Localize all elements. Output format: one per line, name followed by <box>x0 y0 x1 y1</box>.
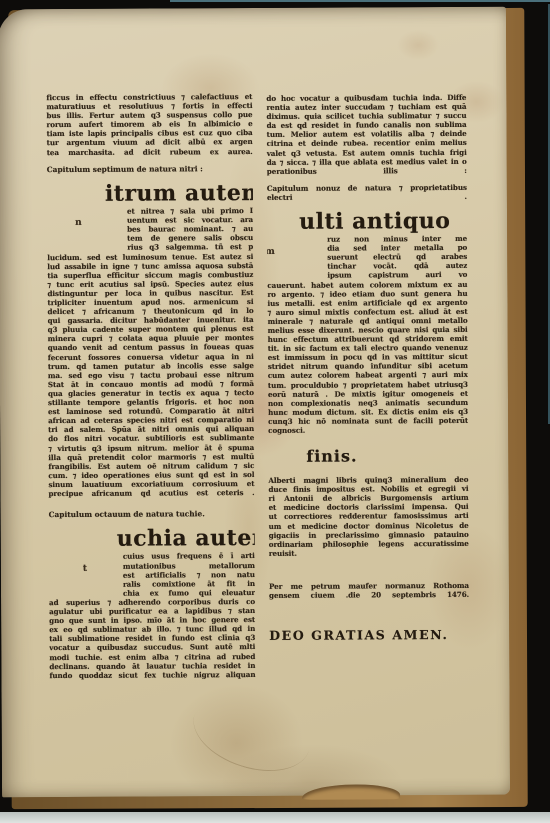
text-line: ralis comixtione āt fit in <box>123 579 255 589</box>
chapter9-heading: ulti antiquo <box>299 209 467 235</box>
text-line: vocatur a quibusdaz succudus. Sunt autē … <box>49 642 255 652</box>
text-line: est artificialis ⁊ non natu <box>123 570 255 580</box>
photo-frame: ficcus in effectu constrictiuus ⁊ calefa… <box>0 0 550 823</box>
text-line: fundo quoddaz sicut fex tuchie nigruz al… <box>49 670 255 680</box>
chapter8-heading: uchia autem <box>117 526 255 552</box>
chapter6-end-paragraph: ficcus in effectu constrictiuus ⁊ calefa… <box>46 92 252 157</box>
finis-mark: finis. <box>306 446 468 466</box>
text-line: cognosci. <box>268 425 468 435</box>
chapter7-opening: n et nitrea ⁊ sala ubi primo Iuentum est… <box>47 206 253 253</box>
text-line: rius q3 salgemma. tñ est p <box>127 242 253 252</box>
text-line: gensem ciuem .die 20 septembris 1476. <box>269 590 469 600</box>
text-line: precipue africanum qd acutius est ceteri… <box>48 488 254 498</box>
deo-gratias-line: DEO GRATIAS AMEN. <box>269 627 469 643</box>
text-line: citrina et deinde rubea. recentior enīm … <box>267 138 467 148</box>
text-line: cauerunt. habet autem colorem mixtum ex … <box>267 279 467 289</box>
text-line: cum autez colorem habeat argenti ⁊ auri … <box>268 370 468 380</box>
text-line: tea marchasita. ad dicit rubeum ex aurea… <box>47 147 253 157</box>
chapter9-opening: m ruz non minus inter media sed inter me… <box>267 234 467 281</box>
text-line: tur argentum viuum ad dicit albū ex arge… <box>47 137 253 147</box>
text-line: cuius usus frequens ē ī arti <box>123 551 255 561</box>
chapter7-body: lucidum. sed est luminosum tenue. Est au… <box>47 252 254 499</box>
printer-imprint: Per me petrum maufer normanuz Rothomagen… <box>269 581 469 600</box>
chapter8-opening: t cuius usus frequens ē ī artimutationib… <box>49 551 255 598</box>
rubricator-guide-letter: n <box>75 218 82 228</box>
text-line: electri . <box>267 192 467 202</box>
text-line: mutationibus metallorum <box>123 561 255 571</box>
rubricator-guide-letter: m <box>266 247 274 257</box>
table-surface-strip <box>0 812 550 823</box>
chapter9-body: cauerunt. habet autem colorem mixtum ex … <box>267 279 468 435</box>
text-line: ipsum capistrum auri vo <box>327 270 467 280</box>
chapter9-indented-lines: ruz non minus inter media sed inter meta… <box>327 234 467 280</box>
chapter7-indented-lines: et nitrea ⁊ sala ubi primo Iuentum est s… <box>127 206 253 252</box>
text-line: do flos nitri vocatur. subtilioris est s… <box>48 433 254 443</box>
text-line: reuisit. <box>269 548 469 558</box>
text-line: tum. proculdubio ⁊ proprietatem habet ut… <box>268 379 468 389</box>
text-line: cunq3 hic nō nominata sunt de facili pot… <box>268 416 468 426</box>
text-line: ut correctiores redderentur famosissimus… <box>269 511 469 521</box>
rubricator-guide-letter: t <box>83 564 87 574</box>
top-edge-highlight <box>170 0 550 2</box>
colophon: Alberti magni libris quinq3 mineralium d… <box>268 475 468 558</box>
text-line: chia ex fumo qui eleuatur <box>123 588 255 598</box>
chapter8-continued: do hoc vocatur a quibusdam tuchia inda. … <box>266 93 466 176</box>
text-line: quando venit ad centum passus in foueas … <box>48 342 254 352</box>
chapter7-heading: itrum autem <box>105 181 253 207</box>
right-text-column: do hoc vocatur a quibusdam tuchia inda. … <box>266 93 469 714</box>
spacer <box>49 497 255 510</box>
chapter9-rubric: Capitulum nonuz de natura ⁊ proprietatib… <box>267 183 467 202</box>
chapter8-body: ad superius ⁊ adherendo corporibus duris… <box>49 597 255 680</box>
chapter8-indented-lines: cuius usus frequens ē ī artimutationibus… <box>123 551 255 597</box>
text-line: perationibus illis : <box>267 166 467 176</box>
left-text-column: ficcus in effectu constrictiuus ⁊ calefa… <box>46 92 255 693</box>
bottom-edge-tear <box>302 784 400 800</box>
book-page: ficcus in effectu constrictiuus ⁊ calefa… <box>0 7 510 798</box>
text-line: ordinariam philosophie legens accuratiss… <box>269 539 469 549</box>
